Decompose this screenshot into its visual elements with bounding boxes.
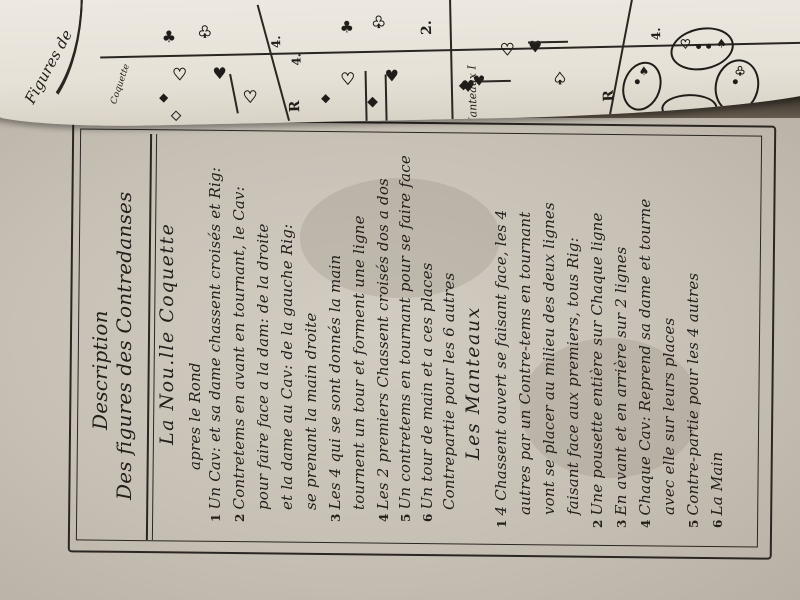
plate-marker: 4. xyxy=(649,27,663,40)
club-dancer-icon: ♣ xyxy=(198,24,213,40)
plate-marker: R xyxy=(601,90,617,102)
figure-line: tournent un tour et forment une ligne xyxy=(350,215,368,510)
heart-dancer-icon: ♥ xyxy=(243,89,258,105)
heart-dancer-icon: ♥ xyxy=(500,42,515,58)
page-title: Description xyxy=(88,310,112,430)
plate-label: Coquette xyxy=(109,63,132,106)
heart-dancer-icon: ♥ xyxy=(341,71,356,87)
plate-marker: 2. xyxy=(419,20,435,35)
figure-line: 6La Main xyxy=(708,452,726,528)
figure-line: Contrepartie pour les 6 autres xyxy=(440,273,458,511)
plate-grid-line xyxy=(449,0,453,119)
figure-line: pour faire face a la dam: de la droite xyxy=(254,223,272,510)
dancer-dot xyxy=(635,79,640,84)
arrow-path xyxy=(229,74,238,114)
arrow-path xyxy=(528,41,568,43)
diamond-dancer-icon: ◆ xyxy=(459,79,468,91)
figure-line: se prenant la main droite xyxy=(302,313,320,510)
diamond-dancer-icon: ◆ xyxy=(321,92,330,104)
figure-line: autres par un Contre-tems en tournant xyxy=(516,211,534,515)
diamond-dancer-icon: ◆ xyxy=(367,95,378,109)
diamond-dancer-icon: ◆ xyxy=(159,91,168,103)
plate-marker: 4. xyxy=(289,53,303,66)
dance-heading-coquette: La Nou.lle Coquette xyxy=(156,223,178,445)
spade-dancer-icon: ♠ xyxy=(553,71,568,87)
dancer-dot xyxy=(706,44,711,49)
figure-line: faisant face aux premiers, tous Rig: xyxy=(564,237,582,515)
plate-grid-line xyxy=(257,5,290,121)
heart-dancer-icon: ♥ xyxy=(172,67,187,83)
dancer-dot xyxy=(733,79,738,84)
club-dancer-icon: ♣ xyxy=(371,15,386,31)
figure-line: 1Un Cav: et sa dame chassent croisés et … xyxy=(206,167,224,522)
plate-marker: 4. xyxy=(269,35,283,48)
club-dancer-icon: ♣ xyxy=(734,65,745,77)
figure-line: avec elle sur leurs places xyxy=(660,318,678,515)
dance-subheading: apres le Rond xyxy=(186,362,204,470)
dancer-dot xyxy=(696,44,701,49)
club-dancer-icon: ♣ xyxy=(339,19,354,35)
figure-line: 3Les 4 qui se sont donnés la main xyxy=(326,255,344,522)
engraved-figures-plate: Figures de Coquette Manteaux I R R 2. 4.… xyxy=(0,0,800,129)
diamond-dancer-icon: ◆ xyxy=(171,109,180,121)
arrow-path xyxy=(481,80,511,82)
figure-line: et la dame au Cav: de la gauche Rig: xyxy=(278,224,296,510)
club-dancer-icon: ♣ xyxy=(162,29,177,45)
heart-dancer-icon: ♥ xyxy=(384,68,399,84)
figure-line: 2Une pousette entière sur Chaque ligne xyxy=(588,212,606,528)
figure-line: 2Contretems en avant en tournant, le Cav… xyxy=(230,186,248,522)
plate-marker: R xyxy=(287,100,303,112)
page-subtitle: Des figures des Contredanses xyxy=(112,192,136,500)
figure-line: vont se placer au milieu des deux lignes xyxy=(540,202,558,515)
heart-dancer-icon: ♥ xyxy=(680,38,691,50)
figure-line: 4Chaque Cav: Reprend sa dame et tourne xyxy=(636,199,654,528)
figure-line: 5Contre-partie pour les 4 autres xyxy=(684,273,702,528)
figure-line: 4Les 2 premiers Chassent croisés dos a d… xyxy=(374,178,392,522)
spade-dancer-icon: ♠ xyxy=(716,37,727,49)
figure-line: 3En avant et en arrière sur 2 lignes xyxy=(612,246,630,528)
figure-line: 6Un tour de main et a ces places xyxy=(418,262,436,522)
spade-dancer-icon: ♠ xyxy=(638,65,649,77)
dance-heading-manteaux: Les Manteaux xyxy=(462,306,484,460)
heart-dancer-icon: ♥ xyxy=(212,66,227,82)
figure-line: 5Un contretems en tournant pour se faire… xyxy=(396,155,414,522)
figure-line: 14 Chassent ouvert se faisant face, les … xyxy=(492,210,510,528)
